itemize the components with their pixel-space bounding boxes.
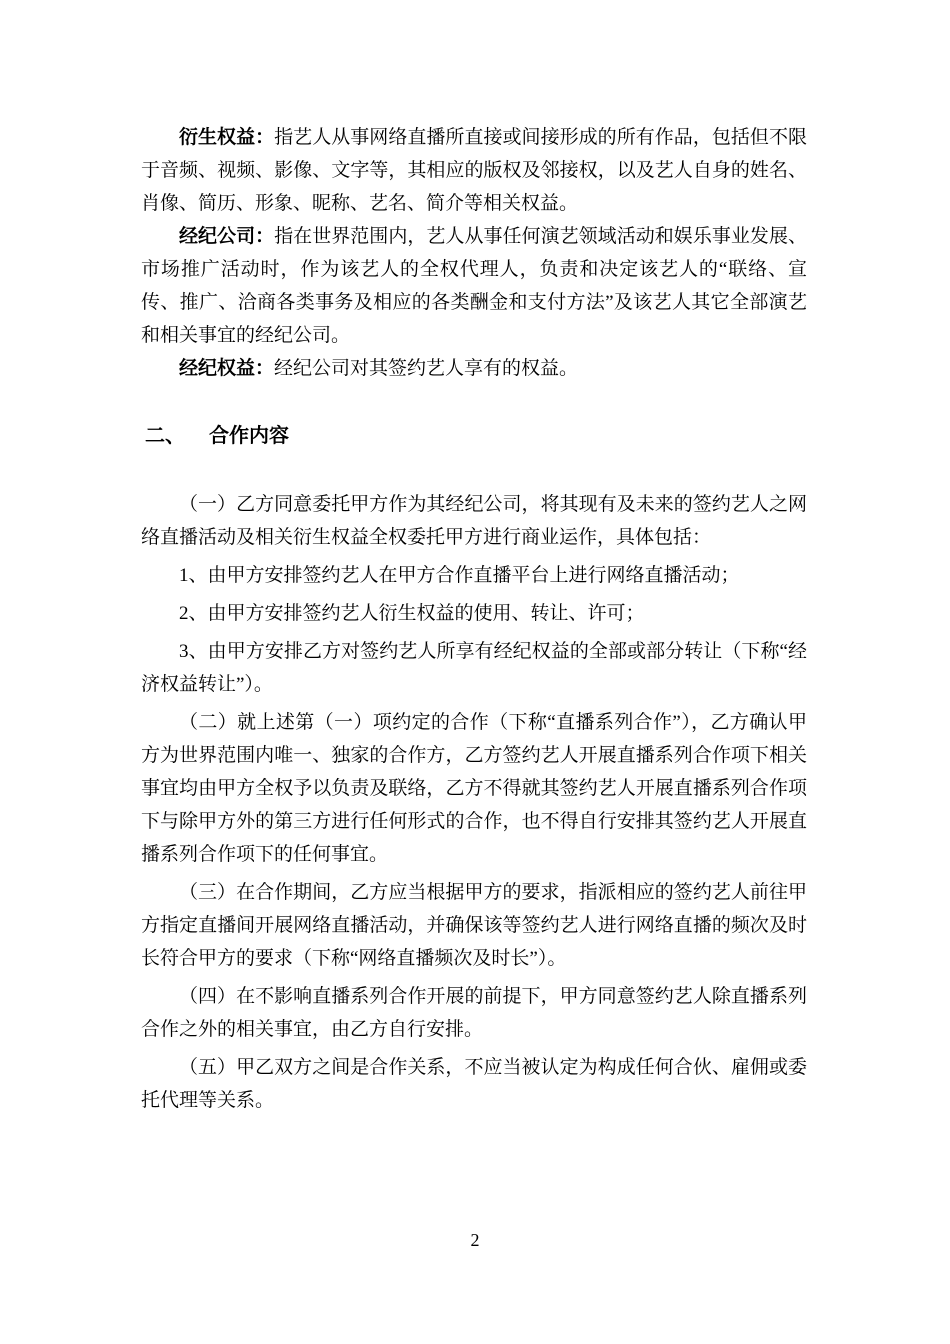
document-body: 衍生权益：指艺人从事网络直播所直接或间接形成的所有作品，包括但不限于音频、视频、…	[141, 121, 807, 1122]
clause-paragraph: （二）就上述第（一）项约定的合作（下称“直播系列合作”），乙方确认甲方为世界范围…	[141, 706, 807, 871]
definition-paragraph: 衍生权益：指艺人从事网络直播所直接或间接形成的所有作品，包括但不限于音频、视频、…	[141, 121, 807, 220]
clause-list-item: 2、由甲方安排签约艺人衍生权益的使用、转让、许可；	[141, 597, 807, 630]
definition-term: 经纪公司：	[179, 226, 274, 247]
clause-list-item: 1、由甲方安排签约艺人在甲方合作直播平台上进行网络直播活动；	[141, 559, 807, 592]
clause-paragraph: （五）甲乙双方之间是合作关系，不应当被认定为构成任何合伙、雇佣或委托代理等关系。	[141, 1051, 807, 1117]
clause-paragraph: （四）在不影响直播系列合作开展的前提下，甲方同意签约艺人除直播系列合作之外的相关…	[141, 980, 807, 1046]
section-number: 二、	[145, 420, 209, 453]
section-title: 合作内容	[209, 420, 289, 453]
clause-list-item: 3、由甲方安排乙方对签约艺人所享有经纪权益的全部或部分转让（下称“经济权益转让”…	[141, 635, 807, 701]
definition-term: 经纪权益：	[179, 358, 274, 379]
definition-paragraph: 经纪权益：经纪公司对其签约艺人享有的权益。	[141, 352, 807, 385]
clause-paragraph: （三）在合作期间，乙方应当根据甲方的要求，指派相应的签约艺人前往甲方指定直播间开…	[141, 876, 807, 975]
document-page: 衍生权益：指艺人从事网络直播所直接或间接形成的所有作品，包括但不限于音频、视频、…	[0, 0, 950, 1344]
definition-term: 衍生权益：	[179, 127, 274, 148]
definition-body: 经纪公司对其签约艺人享有的权益。	[274, 358, 578, 379]
page-number: 2	[0, 1228, 950, 1252]
clause-paragraph: （一）乙方同意委托甲方作为其经纪公司，将其现有及未来的签约艺人之网络直播活动及相…	[141, 488, 807, 554]
definition-paragraph: 经纪公司：指在世界范围内，艺人从事任何演艺领域活动和娱乐事业发展、市场推广活动时…	[141, 220, 807, 352]
section-heading: 二、 合作内容	[145, 420, 807, 453]
